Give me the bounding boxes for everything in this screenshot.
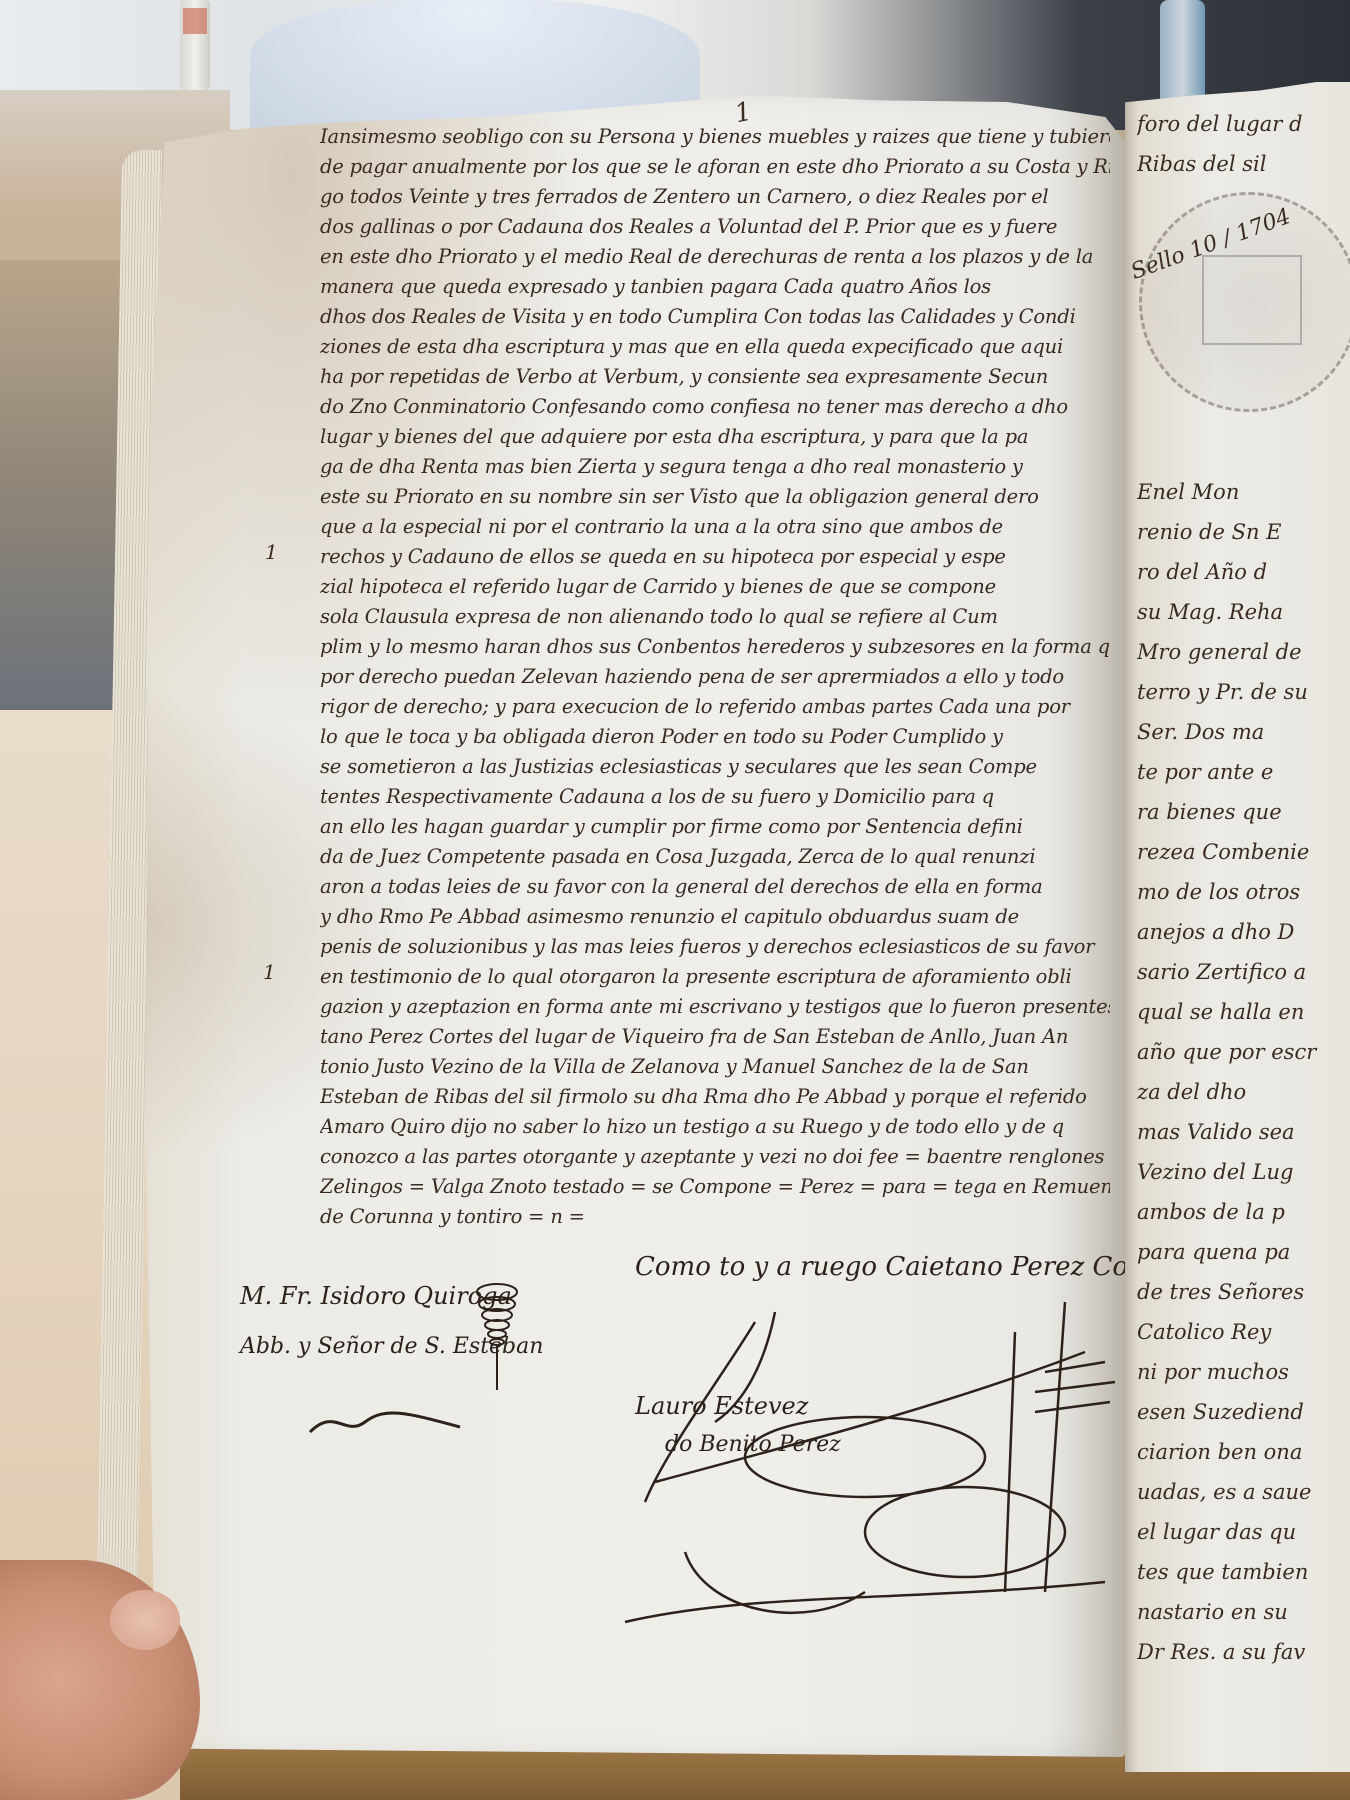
text-line: Catolico Rey [1137, 1312, 1350, 1352]
text-line: para quena pa [1137, 1232, 1350, 1272]
text-line: dos gallinas o por Cadauna dos Reales a … [320, 212, 1110, 242]
text-line: dhos dos Reales de Visita y en todo Cump… [320, 302, 1110, 332]
text-line: do Zno Conminatorio Confesando como conf… [320, 392, 1110, 422]
text-line: te por ante e [1137, 752, 1350, 792]
text-line: za del dho [1137, 1072, 1350, 1112]
notary-rubric-icon [605, 1292, 1125, 1652]
text-line: Esteban de Ribas del sil firmolo su dha … [320, 1082, 1110, 1112]
stamp-coat-of-arms [1202, 255, 1302, 345]
text-line: go todos Veinte y tres ferrados de Zente… [320, 182, 1110, 212]
text-line: Ser. Dos ma [1137, 712, 1350, 752]
text-line: zial hipoteca el referido lugar de Carri… [320, 572, 1110, 602]
text-line: tentes Respectivamente Cadauna a los de … [320, 782, 1110, 812]
text-line: penis de soluzionibus y las mas leies fu… [320, 932, 1110, 962]
text-line: esen Suzediend [1137, 1392, 1350, 1432]
text-line: renio de Sn E [1137, 512, 1350, 552]
text-line: rigor de derecho; y para execucion de lo… [320, 692, 1110, 722]
manuscript-right-page: foro del lugar d Ribas del sil Sello 10 … [1125, 82, 1350, 1772]
text-line: tonio Justo Vezino de la Villa de Zelano… [320, 1052, 1110, 1082]
signature-block: M. Fr. Isidoro Quiroga Abb. y Señor de S… [145, 1282, 1125, 1752]
text-line: nastario en su [1137, 1592, 1350, 1632]
margin-mark: 1 [263, 960, 276, 984]
text-line: en testimonio de lo qual otorgaron la pr… [320, 962, 1110, 992]
text-line: ga de dha Renta mas bien Zierta y segura… [320, 452, 1110, 482]
text-line: lo que le toca y ba obligada dieron Pode… [320, 722, 1110, 752]
text-line: Amaro Quiro dijo no saber lo hizo un tes… [320, 1112, 1110, 1142]
text-line: conozco a las partes otorgante y azeptan… [320, 1142, 1110, 1172]
text-line: rezea Combenie [1137, 832, 1350, 872]
text-line: que a la especial ni por el contrario la… [320, 512, 1110, 542]
margin-mark: 1 [265, 540, 278, 564]
text-line: ra bienes que [1137, 792, 1350, 832]
text-line: ambos de la p [1137, 1192, 1350, 1232]
right-page-header: foro del lugar d Ribas del sil [1137, 104, 1350, 184]
text-line: ciarion ben ona [1137, 1432, 1350, 1472]
text-line: Dr Res. a su fav [1137, 1632, 1350, 1672]
text-line: de tres Señores [1137, 1272, 1350, 1312]
text-line: uadas, es a saue [1137, 1472, 1350, 1512]
rubric-underline-icon [305, 1402, 465, 1442]
text-line: sola Clausula expresa de non alienando t… [320, 602, 1110, 632]
text-line: tano Perez Cortes del lugar de Viqueiro … [320, 1022, 1110, 1052]
text-line: Vezino del Lug [1137, 1152, 1350, 1192]
text-line: aron a todas leies de su favor con la ge… [320, 872, 1110, 902]
manuscript-left-page: 1 Iansimesmo seobligo con su Persona y b… [145, 92, 1125, 1757]
background-bottle-left [180, 0, 210, 90]
text-line: mo de los otros [1137, 872, 1350, 912]
text-line: de Corunna y tontiro = n = [320, 1202, 1110, 1232]
text-line: de pagar anualmente por los que se le af… [320, 152, 1110, 182]
text-line: terro y Pr. de su [1137, 672, 1350, 712]
text-line: an ello les hagan guardar y cumplir por … [320, 812, 1110, 842]
text-line: rechos y Cadauno de ellos se queda en su… [320, 542, 1110, 572]
header-line: foro del lugar d [1137, 104, 1350, 144]
text-line: ro del Año d [1137, 552, 1350, 592]
text-line: año que por escr [1137, 1032, 1350, 1072]
text-line: se sometieron a las Justizias eclesiasti… [320, 752, 1110, 782]
manuscript-text-block: Iansimesmo seobligo con su Persona y bie… [320, 122, 1110, 1232]
text-line: ziones de esta dha escriptura y mas que … [320, 332, 1110, 362]
right-page-text-block: Enel Mon renio de Sn E ro del Año d su M… [1137, 472, 1350, 1672]
rubric-coil-icon [475, 1282, 519, 1392]
header-line: Ribas del sil [1137, 144, 1350, 184]
text-line: en este dho Priorato y el medio Real de … [320, 242, 1110, 272]
signature-abbot-name: M. Fr. Isidoro Quiroga [240, 1282, 512, 1310]
text-line: manera que queda expresado y tanbien pag… [320, 272, 1110, 302]
text-line: ha por repetidas de Verbo at Verbum, y c… [320, 362, 1110, 392]
text-line: Enel Mon [1137, 472, 1350, 512]
text-line: mas Valido sea [1137, 1112, 1350, 1152]
text-line: ni por muchos [1137, 1352, 1350, 1392]
text-line: plim y lo mesmo haran dhos sus Conbentos… [320, 632, 1110, 662]
text-line: el lugar das qu [1137, 1512, 1350, 1552]
text-line: tes que tambien [1137, 1552, 1350, 1592]
text-line: da de Juez Competente pasada en Cosa Juz… [320, 842, 1110, 872]
witness-signature-2: do Benito Perez [665, 1432, 841, 1457]
text-line: gazion y azeptazion en forma ante mi esc… [320, 992, 1110, 1022]
text-line: este su Priorato en su nombre sin ser Vi… [320, 482, 1110, 512]
text-line: y dho Rmo Pe Abbad asimesmo renunzio el … [320, 902, 1110, 932]
notary-attestation: Como to y a ruego Caietano Perez Cortes [635, 1252, 1180, 1282]
text-line: por derecho puedan Zelevan haziendo pena… [320, 662, 1110, 692]
text-line: Zelingos = Valga Znoto testado = se Comp… [320, 1172, 1110, 1202]
witness-signature-1: Lauro Estevez [635, 1392, 808, 1420]
text-line: anejos a dho D [1137, 912, 1350, 952]
text-line: Iansimesmo seobligo con su Persona y bie… [320, 122, 1110, 152]
text-line: qual se halla en [1137, 992, 1350, 1032]
text-line: sario Zertifico a [1137, 952, 1350, 992]
text-line: su Mag. Reha [1137, 592, 1350, 632]
text-line: Mro general de [1137, 632, 1350, 672]
text-line: lugar y bienes del que adquiere por esta… [320, 422, 1110, 452]
